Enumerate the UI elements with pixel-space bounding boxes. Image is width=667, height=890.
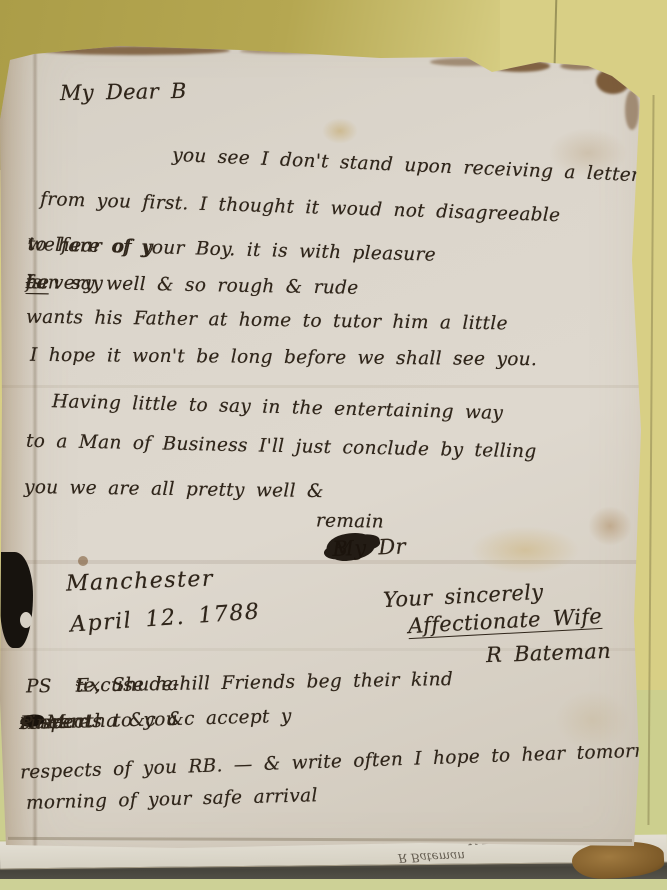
dateline-date: April 12. 1788 (69, 599, 261, 637)
closing-remain: remain (316, 510, 384, 532)
postscript-line: respects of you RB. — & write often I ho… (20, 740, 667, 784)
photo-of-handwritten-letter: my d very sincerely yours R Batman R Bat… (0, 0, 667, 890)
letter-line: you we are all pretty well & (24, 477, 324, 502)
letter-line: from you first. I thought it woud not di… (40, 189, 561, 226)
stain (470, 526, 580, 574)
letter-line: to a Man of Business I'll just conclude … (26, 431, 537, 463)
underlined-word: he (26, 272, 50, 294)
stain (588, 506, 632, 546)
stain (78, 556, 88, 566)
postscript-marker: PS (26, 676, 52, 697)
stain (322, 118, 358, 144)
letter-line: I hope it won't be long before we shall … (30, 345, 537, 370)
letter-line: Having little to say in the entertaining… (52, 391, 504, 424)
letter-sheet: My Dear B you see I don't stand upon rec… (0, 0, 667, 890)
dateline-place: Manchester (66, 566, 215, 596)
horizontal-crease (0, 385, 667, 388)
singe-mark (625, 90, 639, 130)
mat-bottom-strip (0, 879, 667, 890)
scribbled-initial: B (332, 536, 349, 561)
paper-bottom-edge (8, 837, 632, 842)
letter-text: te, Shude-hill Friends beg their kind (76, 669, 454, 697)
postscript-line: PSExcuse haste, Shude-hill Friends beg t… (26, 676, 76, 698)
letter-text: sincere (20, 711, 91, 734)
wax-seal (0, 552, 33, 648)
postscript-line: morning of your safe arrival (26, 785, 318, 814)
mirrored-ink-offset: R Bateman (398, 849, 465, 865)
signature: R Bateman (486, 639, 612, 667)
letter-text: welfare of your Boy. it is with pleasure (27, 234, 436, 266)
letter-line: wants his Father at home to tutor him a … (26, 307, 508, 335)
wax-seal-notch (20, 612, 32, 628)
salutation: My Dear B (60, 79, 187, 105)
letter-text: is very well & so rough & rude (26, 272, 359, 299)
